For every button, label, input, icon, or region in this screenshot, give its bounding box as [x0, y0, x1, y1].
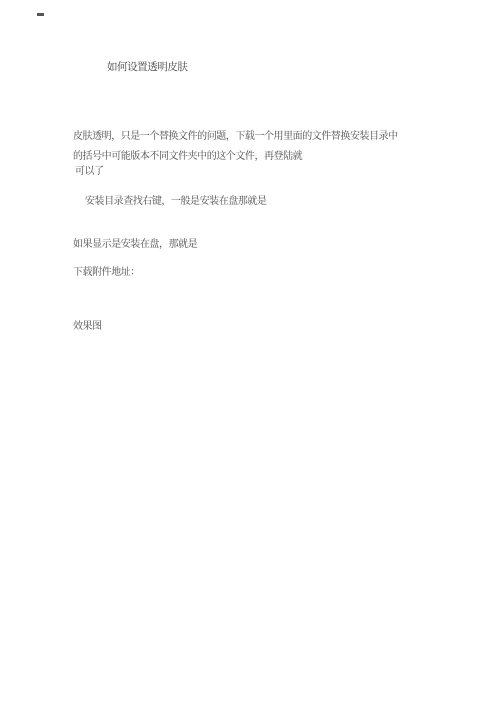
download-address-label: 下载附件地址： — [73, 268, 140, 278]
scan-artifact-mark — [37, 13, 44, 16]
paragraph-line-3: 可以了 — [75, 167, 104, 177]
instruction-indented-line: 安装目录查找右键，一般是安装在盘那就是 — [85, 197, 266, 207]
condition-line: 如果显示是安装在盘，那就是 — [73, 240, 197, 250]
paragraph-line-2: 的括号中可能版本不同文件夹中的这个文件，再登陆就 — [73, 152, 302, 162]
document-page: 如何设置透明皮肤 皮肤透明，只是一个替换文件的问题，下载一个用里面的文件替换安装… — [0, 0, 500, 707]
paragraph-line-1: 皮肤透明，只是一个替换文件的问题，下载一个用里面的文件替换安装目录中 — [73, 132, 398, 142]
page-title: 如何设置透明皮肤 — [107, 62, 187, 73]
effect-image-label: 效果图 — [73, 322, 102, 332]
